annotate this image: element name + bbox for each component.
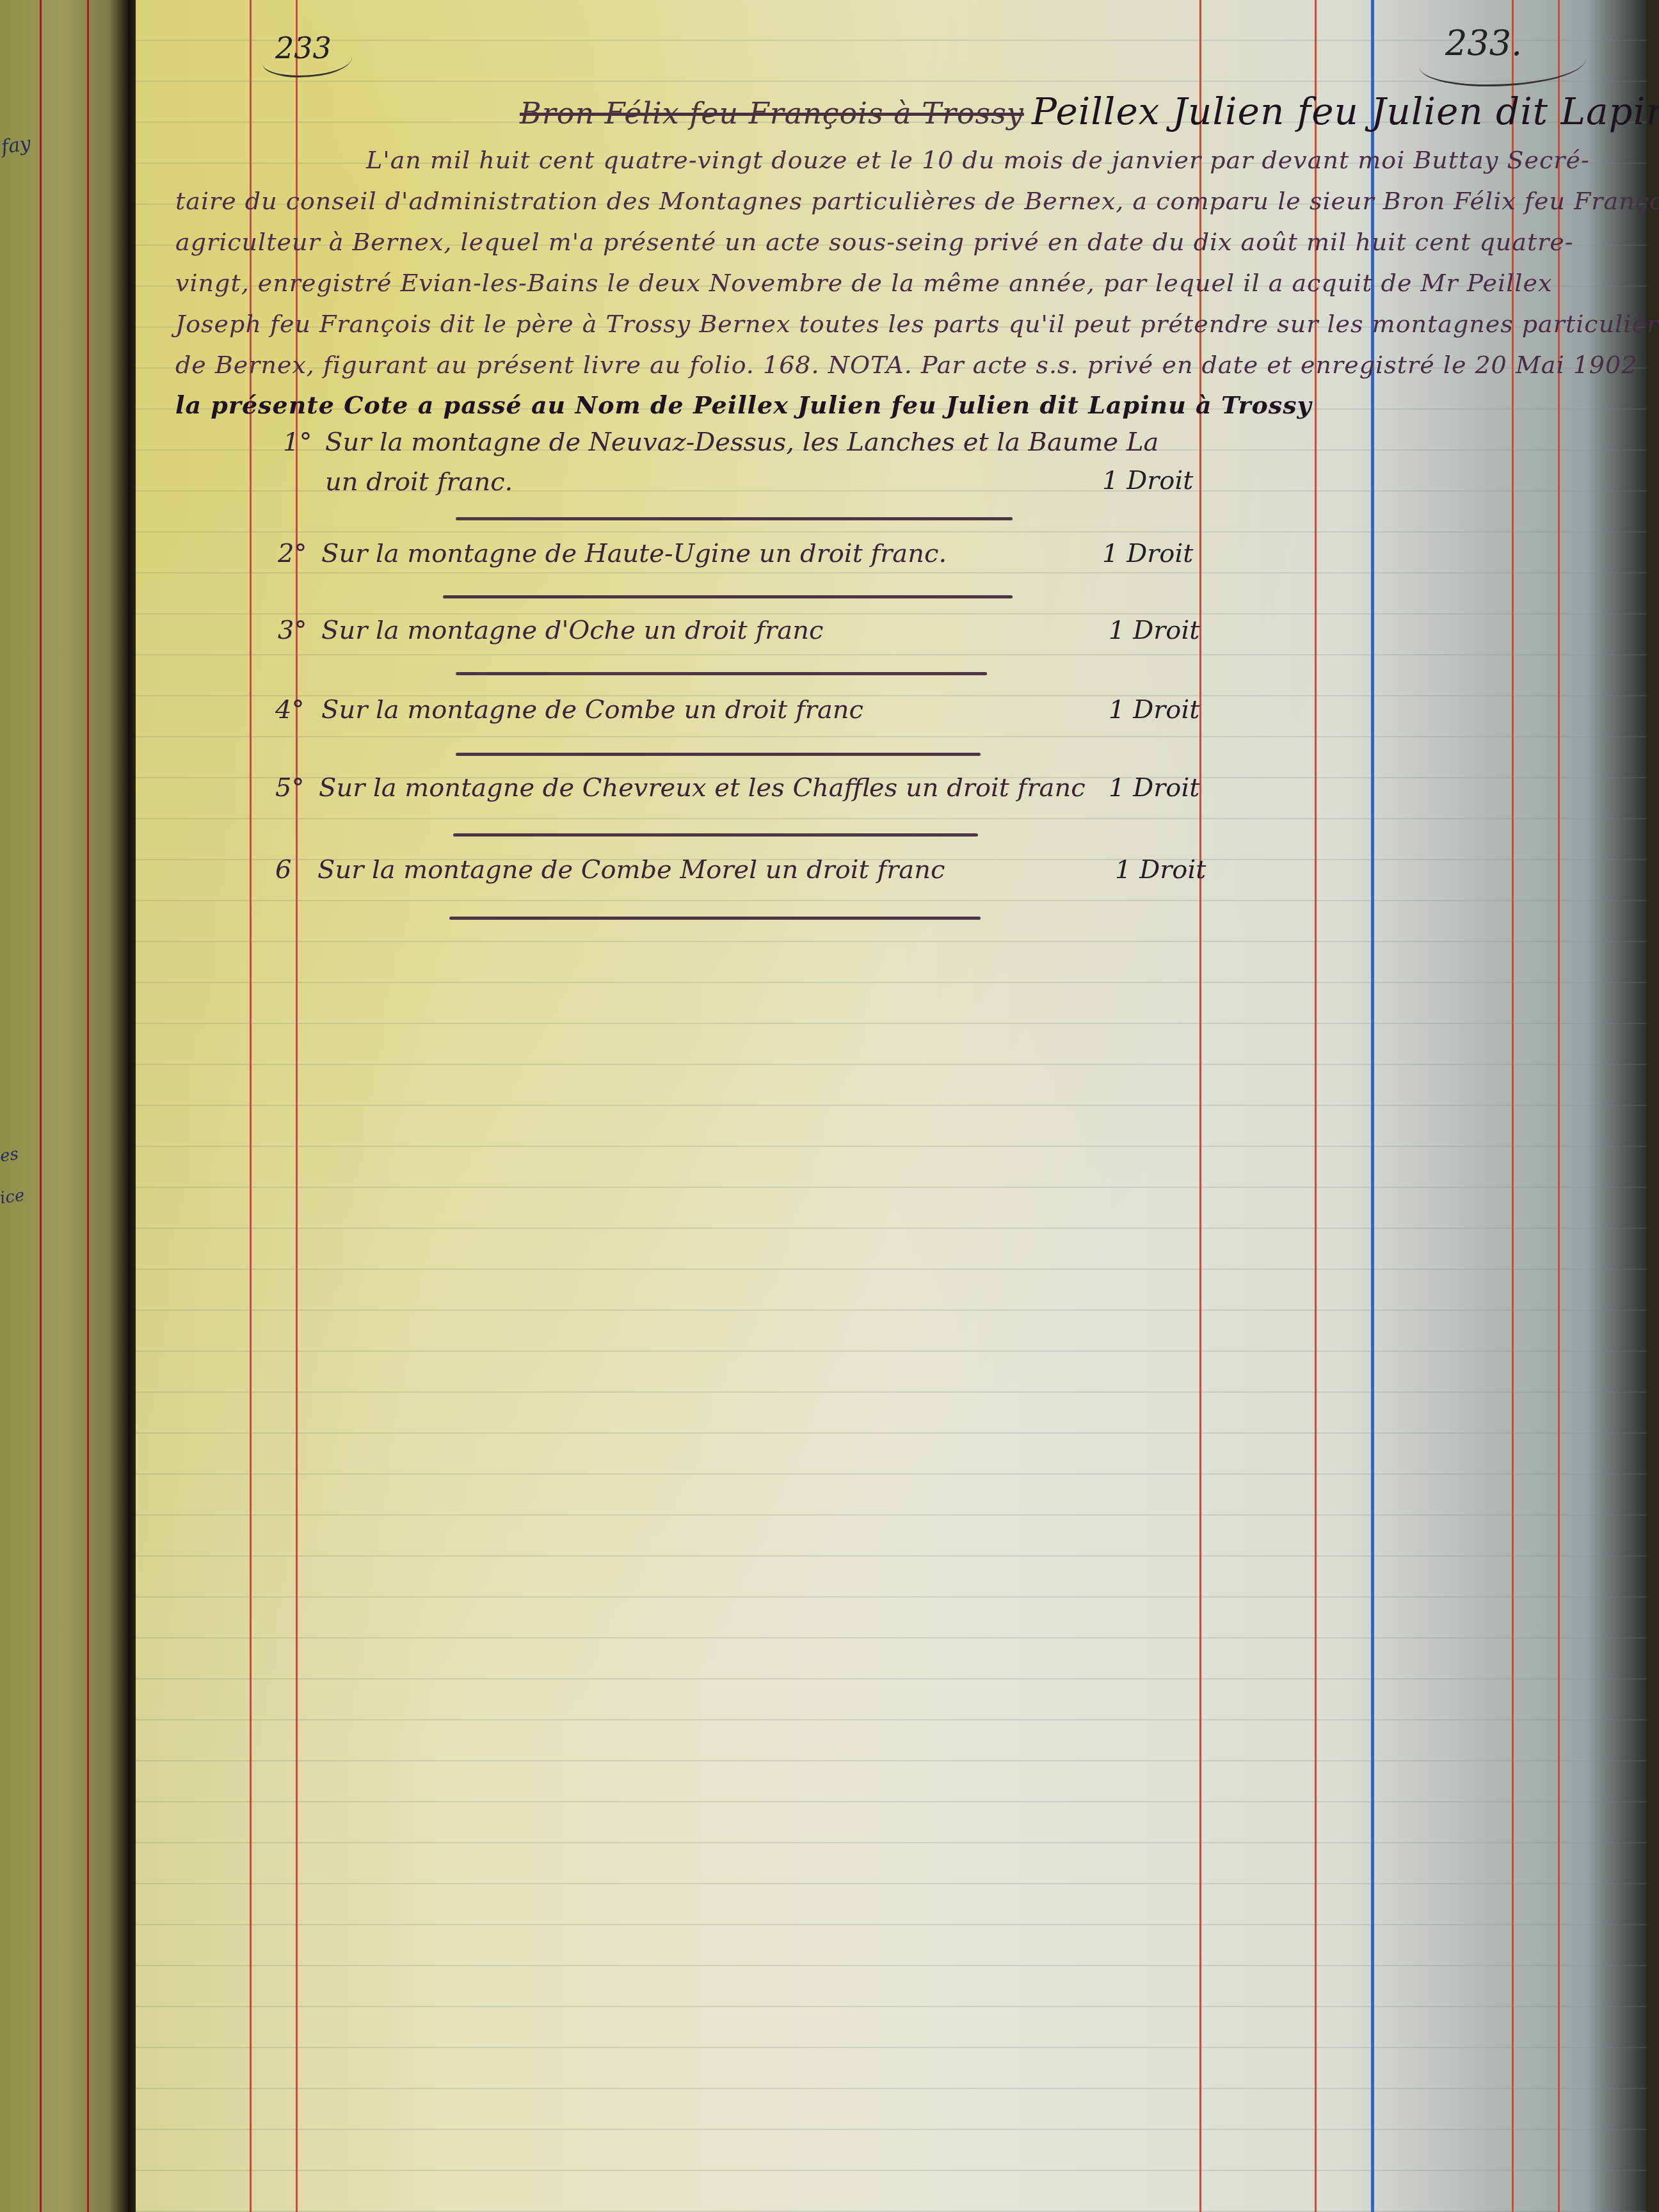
entry-quantity: 1 Droit (1109, 773, 1199, 803)
entry-text: Sur la montagne de Chevreux et les Chaff… (319, 773, 1086, 803)
body-line: taire du conseil d'administration des Mo… (175, 187, 1659, 215)
entry-text: Sur la montagne de Combe un droit franc (321, 695, 863, 725)
entry-separator (449, 917, 981, 920)
entry-text: Sur la montagne de Haute-Ugine un droit … (321, 539, 947, 568)
entry-quantity: 1 Droit (1115, 855, 1206, 885)
entry-number: 2° (278, 539, 307, 568)
entry-quantity: 1 Droit (1102, 539, 1193, 568)
entry-quantity: 1 Droit (1102, 466, 1193, 495)
entry-quantity: 1 Droit (1109, 616, 1199, 645)
left-page-red-rule (87, 0, 89, 2212)
left-page-fragment: ice (0, 1185, 26, 1208)
entry-quantity: 1 Droit (1109, 695, 1199, 725)
entry-number: 1° (283, 428, 312, 457)
left-page-fragment: fay (0, 132, 32, 159)
struck-owner-name: Bron Félix feu François à Trossy (520, 96, 1024, 131)
entry-text: Sur la montagne de Combe Morel un droit … (317, 855, 945, 885)
left-page-fragment: es (0, 1144, 20, 1166)
entry-number: 5° (275, 773, 304, 803)
entry-text: Sur la montagne d'Oche un droit franc (321, 616, 823, 645)
body-line: de Bernex, figurant au présent livre au … (175, 351, 1637, 379)
left-page-edge: fay es ice (0, 0, 128, 2212)
transfer-note: la présente Cote a passé au Nom de Peill… (175, 390, 1312, 419)
body-line: vingt, enregistré Evian-les-Bains le deu… (175, 269, 1552, 297)
body-line: Joseph feu François dit le père à Trossy… (175, 310, 1659, 338)
entry-separator (456, 672, 987, 675)
entry-separator (453, 833, 978, 837)
ledger-page: 233 233. Bron Félix feu François à Tross… (136, 0, 1646, 2212)
entry-separator (456, 753, 981, 756)
entry-number: 4° (275, 695, 304, 725)
entry-separator (443, 595, 1013, 598)
left-page-red-rule (40, 0, 42, 2212)
left-folio-number: 233 (275, 31, 332, 65)
entry-separator (456, 517, 1013, 520)
current-owner-name: Peillex Julien feu Julien dit Lapinu à T… (1032, 90, 1659, 133)
entry-text-continued: un droit franc. (325, 467, 513, 497)
right-folio-number: 233. (1445, 23, 1522, 63)
folio-swash (1420, 40, 1586, 86)
body-line: agriculteur à Bernex, lequel m'a présent… (175, 228, 1574, 256)
entry-number: 6 (275, 855, 291, 885)
entry-number: 3° (278, 616, 307, 645)
body-line: L'an mil huit cent quatre-vingt douze et… (366, 146, 1590, 174)
folio-swash (262, 44, 352, 77)
entry-text: Sur la montagne de Neuvaz-Dessus, les La… (325, 428, 1158, 457)
